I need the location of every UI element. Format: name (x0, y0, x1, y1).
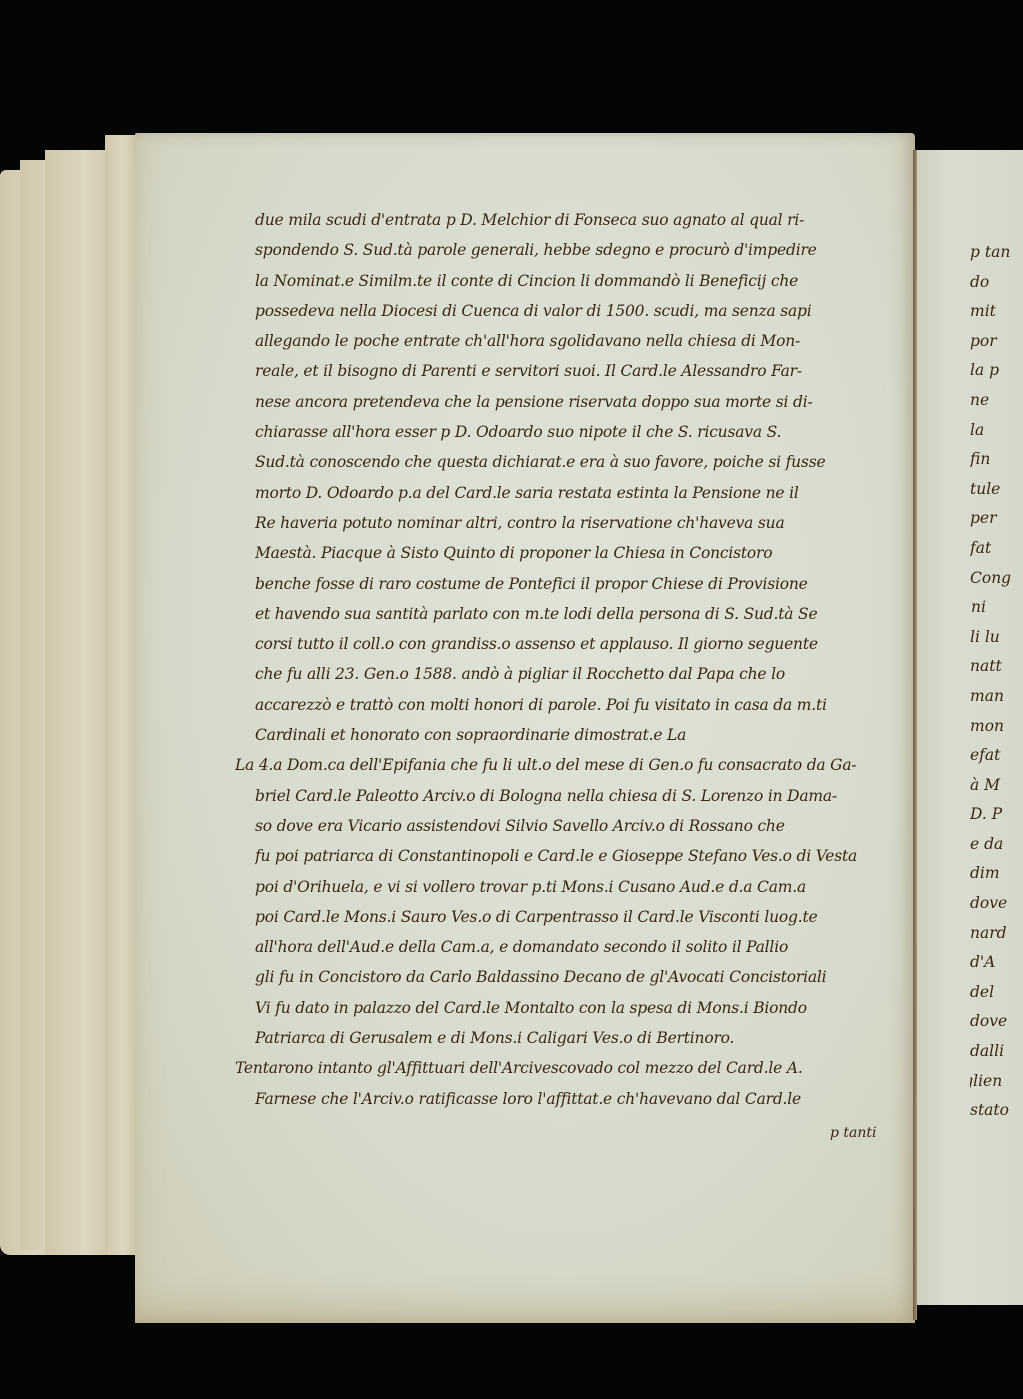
manuscript-line: morto D. Odoardo p.a del Card.le saria r… (255, 478, 915, 508)
manuscript-line: stato (970, 1096, 1023, 1126)
catchword: p tanti (830, 1125, 877, 1141)
manuscript-line: e da (970, 830, 1023, 860)
manuscript-line: per (970, 504, 1023, 534)
manuscript-line: D. P (970, 800, 1023, 830)
manuscript-line: man (970, 682, 1023, 712)
manuscript-line: dove (970, 889, 1023, 919)
manuscript-line: mit (970, 297, 1023, 327)
manuscript-line: la p (970, 356, 1023, 386)
manuscript-line: so dove era Vicario assistendovi Silvio … (255, 811, 915, 841)
manuscript-line: accarezzò e trattò con molti honori di p… (255, 690, 915, 720)
manuscript-line: poi Card.le Mons.i Sauro Ves.o di Carpen… (255, 902, 915, 932)
manuscript-line: tule (970, 475, 1023, 505)
manuscript-line: allegando le poche entrate ch'all'hora s… (255, 326, 915, 356)
manuscript-line: d'A (970, 948, 1023, 978)
manuscript-line: all'hora dell'Aud.e della Cam.a, e doman… (255, 932, 915, 962)
manuscript-line: Pani (970, 593, 1023, 623)
manuscript-line: Cong (970, 564, 1023, 594)
manuscript-line: la (970, 416, 1023, 446)
manuscript-line: che fu alli 23. Gen.o 1588. andò à pigli… (255, 659, 915, 689)
manuscript-line: por (970, 327, 1023, 357)
manuscript-line: Cardinali et honorato con sopraordinarie… (255, 720, 915, 750)
manuscript-line: Farnese che l'Arciv.o ratificasse loro l… (255, 1084, 915, 1114)
manuscript-line: Sud.tà conoscendo che questa dichiarat.e… (255, 447, 915, 477)
manuscript-line: La 4.a Dom.ca dell'Epifania che fu li ul… (235, 750, 915, 780)
manuscript-line: Tentarono intanto gl'Affittuari dell'Arc… (235, 1053, 915, 1083)
manuscript-line: chiarasse all'hora esser p D. Odoardo su… (255, 417, 915, 447)
manuscript-line: Vi fu dato in palazzo del Card.le Montal… (255, 993, 915, 1023)
manuscript-line: dove (970, 1007, 1023, 1037)
manuscript-line: fat (970, 534, 1023, 564)
manuscript-line: natt (970, 652, 1023, 682)
manuscript-line: reale, et il bisogno di Parenti e servit… (255, 356, 915, 386)
manuscript-line: li lu (970, 623, 1023, 653)
manuscript-line: benche fosse di raro costume de Pontefic… (255, 569, 915, 599)
manuscript-line: del (970, 978, 1023, 1008)
manuscript-line: à M (970, 771, 1023, 801)
manuscript-line: Aglien (970, 1067, 1023, 1097)
manuscript-line: nese ancora pretendeva che la pensione r… (255, 387, 915, 417)
manuscript-line: do (970, 268, 1023, 298)
manuscript-line: Re haveria potuto nominar altri, contro … (255, 508, 915, 538)
manuscript-line: et havendo sua santità parlato con m.te … (255, 599, 915, 629)
left-page-text: due mila scudi d'entrata p D. Melchior d… (255, 205, 915, 1114)
manuscript-line: possedeva nella Diocesi di Cuenca di val… (255, 296, 915, 326)
manuscript-line: dim (970, 859, 1023, 889)
manuscript-line: due mila scudi d'entrata p D. Melchior d… (255, 205, 915, 235)
manuscript-line: spondendo S. Sud.tà parole generali, heb… (255, 235, 915, 265)
manuscript-line: dalli (970, 1037, 1023, 1067)
manuscript-line: briel Card.le Paleotto Arciv.o di Bologn… (255, 781, 915, 811)
manuscript-line: efat (970, 741, 1023, 771)
manuscript-line: ne (970, 386, 1023, 416)
manuscript-line: Patriarca di Gerusalem e di Mons.i Calig… (255, 1023, 915, 1053)
manuscript-line: fu poi patriarca di Constantinopoli e Ca… (255, 841, 915, 871)
manuscript-line: p tan (970, 238, 1023, 268)
manuscript-line: gli fu in Concistoro da Carlo Baldassino… (255, 962, 915, 992)
manuscript-line: poi d'Orihuela, e vi si vollero trovar p… (255, 872, 915, 902)
right-page-text: p tan do mit por la p ne la fin tule per… (970, 238, 1023, 1126)
manuscript-line: mon (970, 712, 1023, 742)
manuscript-line: Maestà. Piacque à Sisto Quinto di propon… (255, 538, 915, 568)
manuscript-line: corsi tutto il coll.o con grandiss.o ass… (255, 629, 915, 659)
manuscript-line: nard (970, 919, 1023, 949)
manuscript-line: fin (970, 445, 1023, 475)
manuscript-line: la Nominat.e Similm.te il conte di Cinci… (255, 266, 915, 296)
